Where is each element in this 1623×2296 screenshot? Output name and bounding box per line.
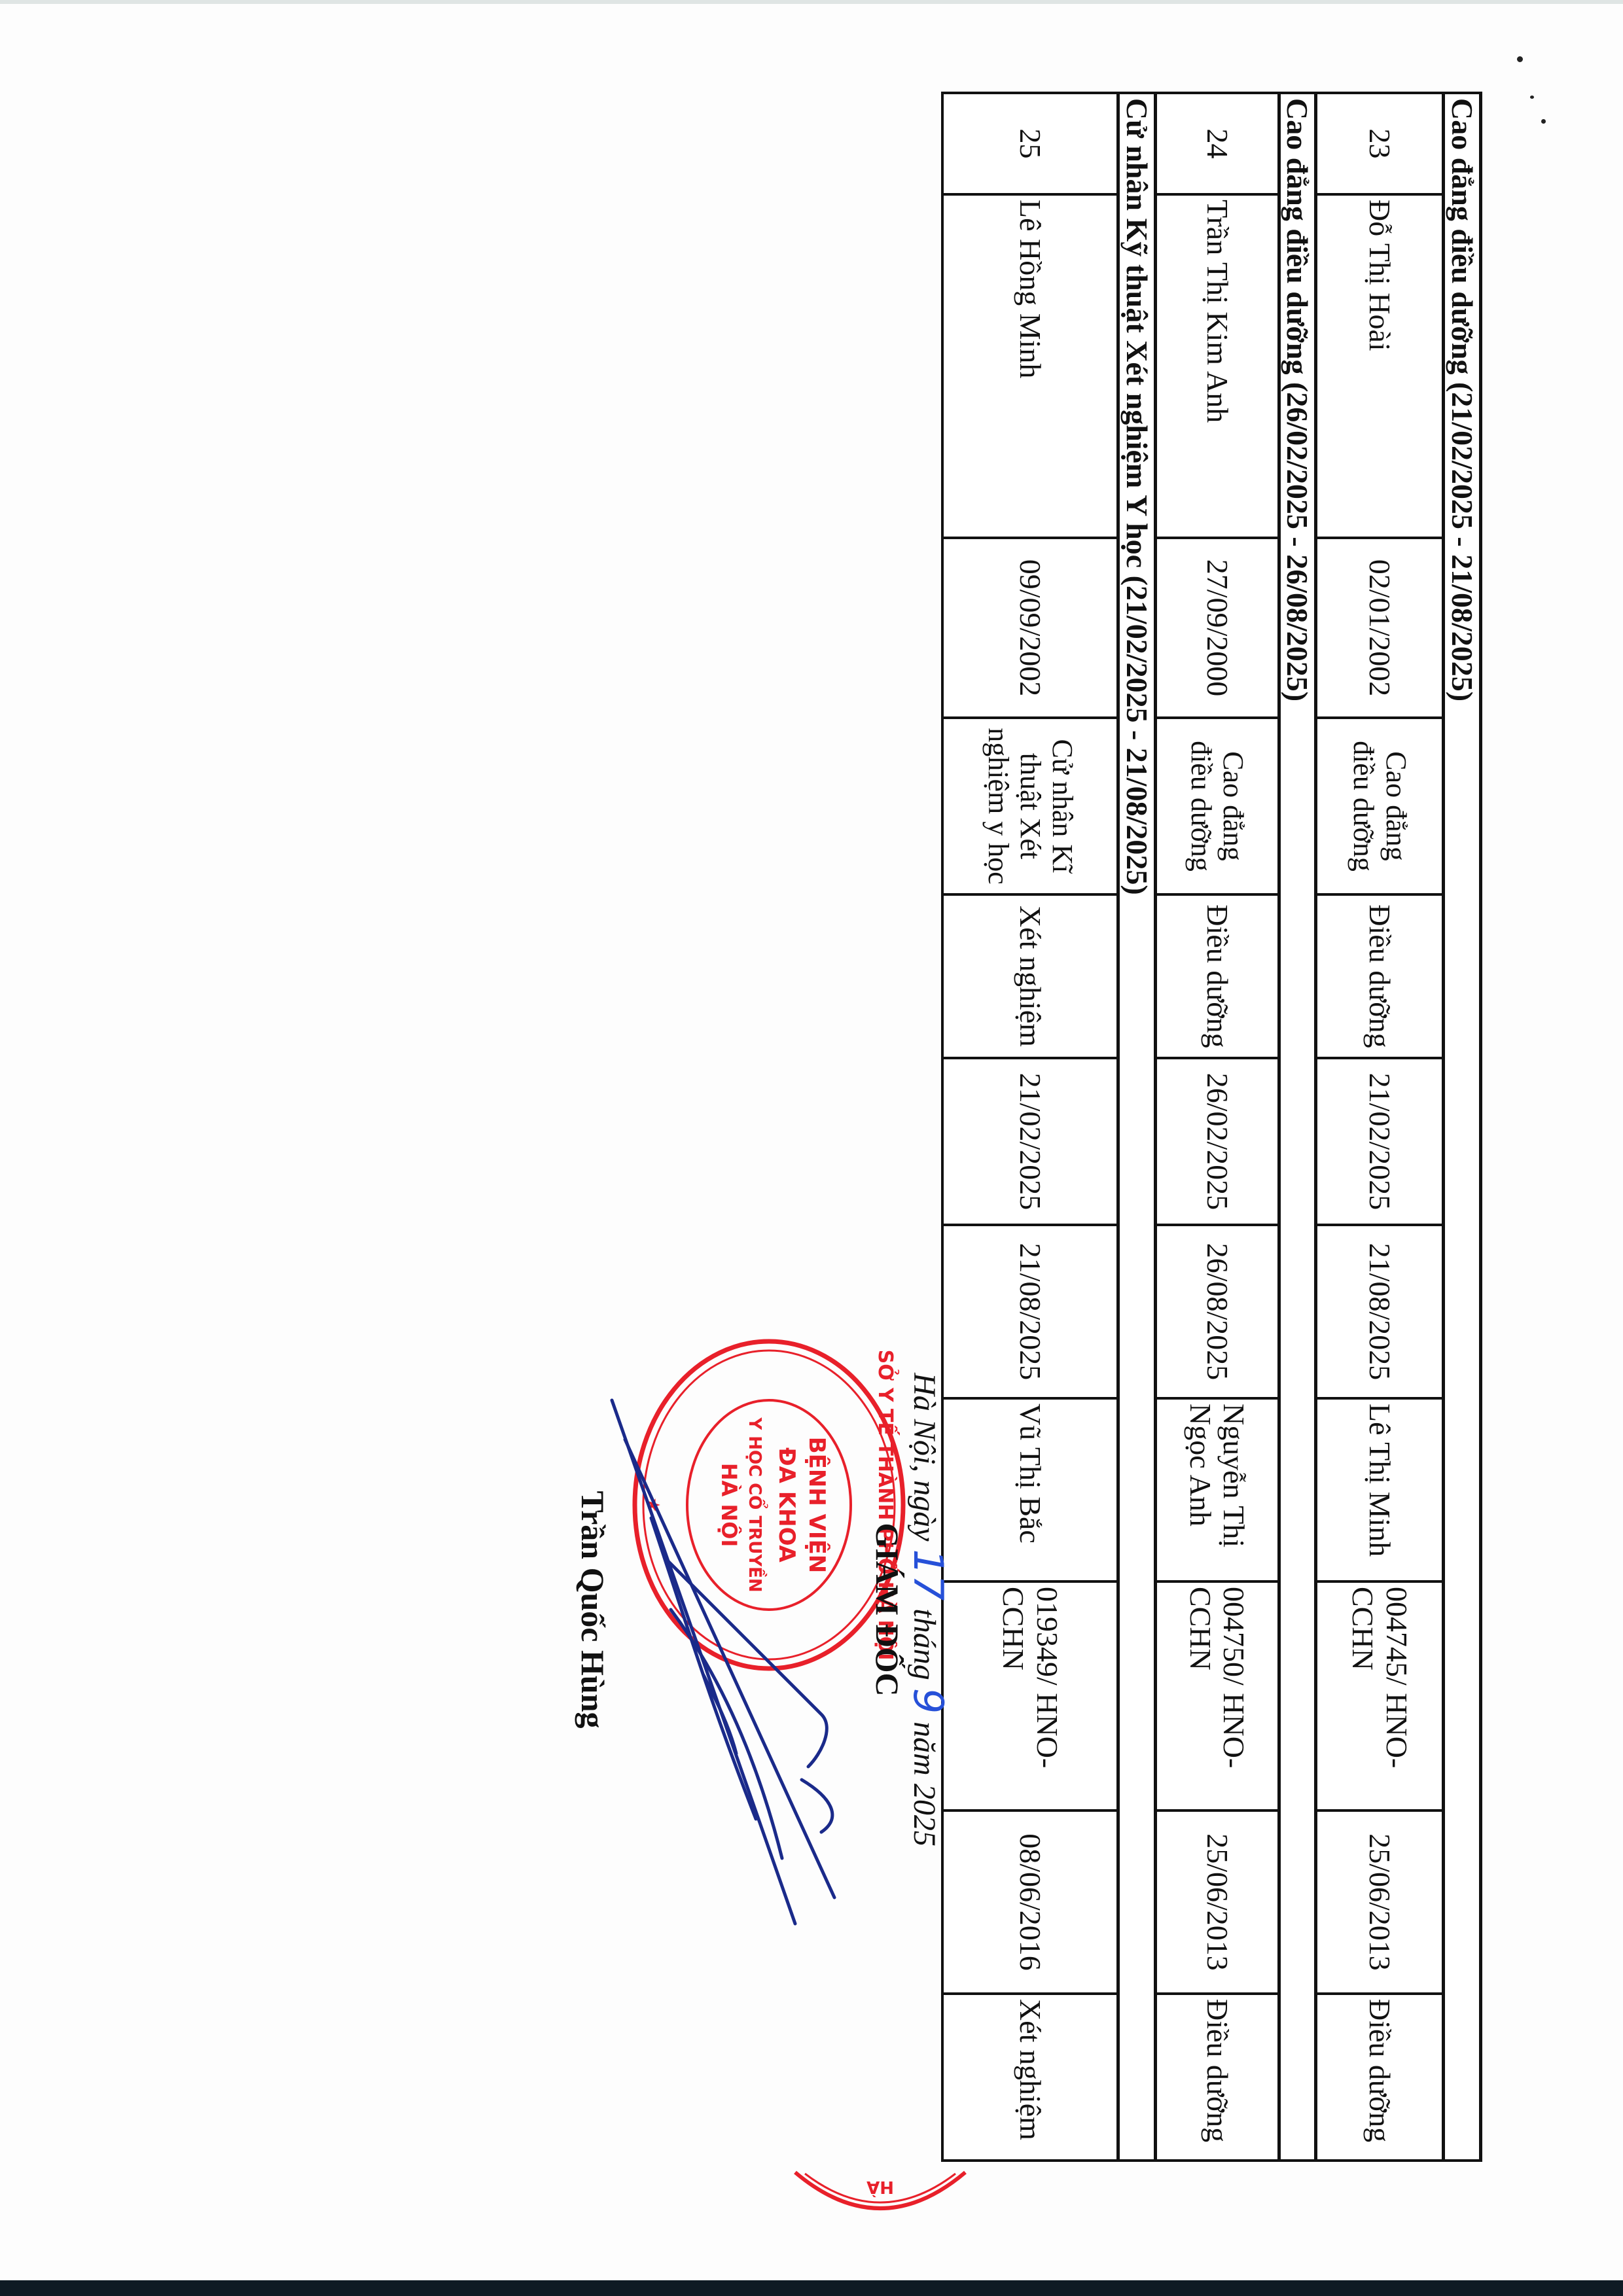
table-row: 25Lê Hồng Minh09/09/2002Cử nhân Kĩ thuật… <box>942 93 1118 2161</box>
month-label: tháng <box>907 1608 942 1680</box>
cell-certificate-date: 25/06/2013 <box>1155 1810 1279 1994</box>
cell-degree: Cao đẳng điều dưỡng <box>1155 718 1279 894</box>
cell-start-date: 26/02/2025 <box>1155 1058 1279 1225</box>
svg-text:HÀ: HÀ <box>866 2177 894 2198</box>
signature-block: SỞ Y TẾ THÀNH PHỐ HÀ NỘI BỆNH VIỆN ĐA KH… <box>560 1282 952 1937</box>
cell-specialty: Điều dưỡng <box>1316 894 1444 1058</box>
section-heading: Cao đẳng điều dưỡng (26/02/2025 - 26/08/… <box>1279 93 1316 2161</box>
cell-name: Lê Hồng Minh <box>942 194 1118 538</box>
section-header-row: Cao đẳng điều dưỡng (21/02/2025 - 21/08/… <box>1444 93 1481 2161</box>
cell-supervisor: Nguyễn Thị Ngọc Anh <box>1155 1398 1279 1581</box>
cell-dob: 09/09/2002 <box>942 538 1118 718</box>
cell-end-date: 21/08/2025 <box>1316 1225 1444 1398</box>
cell-end-date: 21/08/2025 <box>942 1225 1118 1398</box>
cell-degree: Cử nhân Kĩ thuật Xét nghiệm y học <box>942 718 1118 894</box>
stamp-fragment-icon: HÀ <box>782 2166 978 2225</box>
scan-speck <box>1541 119 1546 124</box>
section-heading: Cử nhân Kỹ thuật Xét nghiệm Y học (21/02… <box>1118 93 1156 2161</box>
section-header-row: Cử nhân Kỹ thuật Xét nghiệm Y học (21/02… <box>1118 93 1156 2161</box>
cell-start-date: 21/02/2025 <box>1316 1058 1444 1225</box>
scan-bottom-edge <box>0 2280 1623 2296</box>
cell-start-date: 21/02/2025 <box>942 1058 1118 1225</box>
cell-supervisor: Lê Thị Minh <box>1316 1398 1444 1581</box>
cell-degree: Cao đẳng điều dưỡng <box>1316 718 1444 894</box>
signer-name: Trần Quốc Hùng <box>574 1282 612 1937</box>
cell-specialty: Xét nghiệm <box>942 894 1118 1058</box>
handwritten-month: 9 <box>904 1688 952 1714</box>
cell-certificate-no: 004750/ HNO-CCHN <box>1155 1581 1279 1810</box>
handwritten-day: 17 <box>904 1549 952 1600</box>
cell-name: Đỗ Thị Hoài <box>1316 194 1444 538</box>
scan-top-edge <box>0 0 1623 4</box>
handwritten-signature-icon <box>586 1361 861 1950</box>
scan-speck <box>1530 96 1534 99</box>
table-row: 24Trần Thị Kim Anh27/09/2000Cao đẳng điề… <box>1155 93 1279 2161</box>
rotated-page: Cao đẳng điều dưỡng (21/02/2025 - 21/08/… <box>370 92 1482 2159</box>
place-prefix: Hà Nội, ngày <box>907 1373 942 1541</box>
cell-stt: 25 <box>942 93 1118 194</box>
cell-certificate-date: 08/06/2016 <box>942 1810 1118 1994</box>
cell-scope: Điều dưỡng <box>1316 1994 1444 2161</box>
place-and-date: Hà Nội, ngày 17 tháng 9 năm 2025 <box>904 1282 952 1937</box>
cell-certificate-no: 019349/ HNO-CCHN <box>942 1581 1118 1810</box>
trainee-roster-table: Cao đẳng điều dưỡng (21/02/2025 - 21/08/… <box>941 92 1482 2162</box>
cell-name: Trần Thị Kim Anh <box>1155 194 1279 538</box>
cell-end-date: 26/08/2025 <box>1155 1225 1279 1398</box>
section-header-row: Cao đẳng điều dưỡng (26/02/2025 - 26/08/… <box>1279 93 1316 2161</box>
scan-speck <box>1517 56 1523 62</box>
cell-stt: 23 <box>1316 93 1444 194</box>
table-row: 23Đỗ Thị Hoài02/01/2002Cao đẳng điều dưỡ… <box>1316 93 1444 2161</box>
section-heading: Cao đẳng điều dưỡng (21/02/2025 - 21/08/… <box>1444 93 1481 2161</box>
cell-dob: 27/09/2000 <box>1155 538 1279 718</box>
cell-dob: 02/01/2002 <box>1316 538 1444 718</box>
signer-title: GIÁM ĐỐC <box>868 1282 906 1937</box>
cell-scope: Điều dưỡng <box>1155 1994 1279 2161</box>
year-label: năm 2025 <box>907 1722 942 1846</box>
cell-certificate-date: 25/06/2013 <box>1316 1810 1444 1994</box>
cell-certificate-no: 004745/ HNO-CCHN <box>1316 1581 1444 1810</box>
cell-scope: Xét nghiệm <box>942 1994 1118 2161</box>
cell-specialty: Điều dưỡng <box>1155 894 1279 1058</box>
cell-stt: 24 <box>1155 93 1279 194</box>
cell-supervisor: Vũ Thị Bắc <box>942 1398 1118 1581</box>
